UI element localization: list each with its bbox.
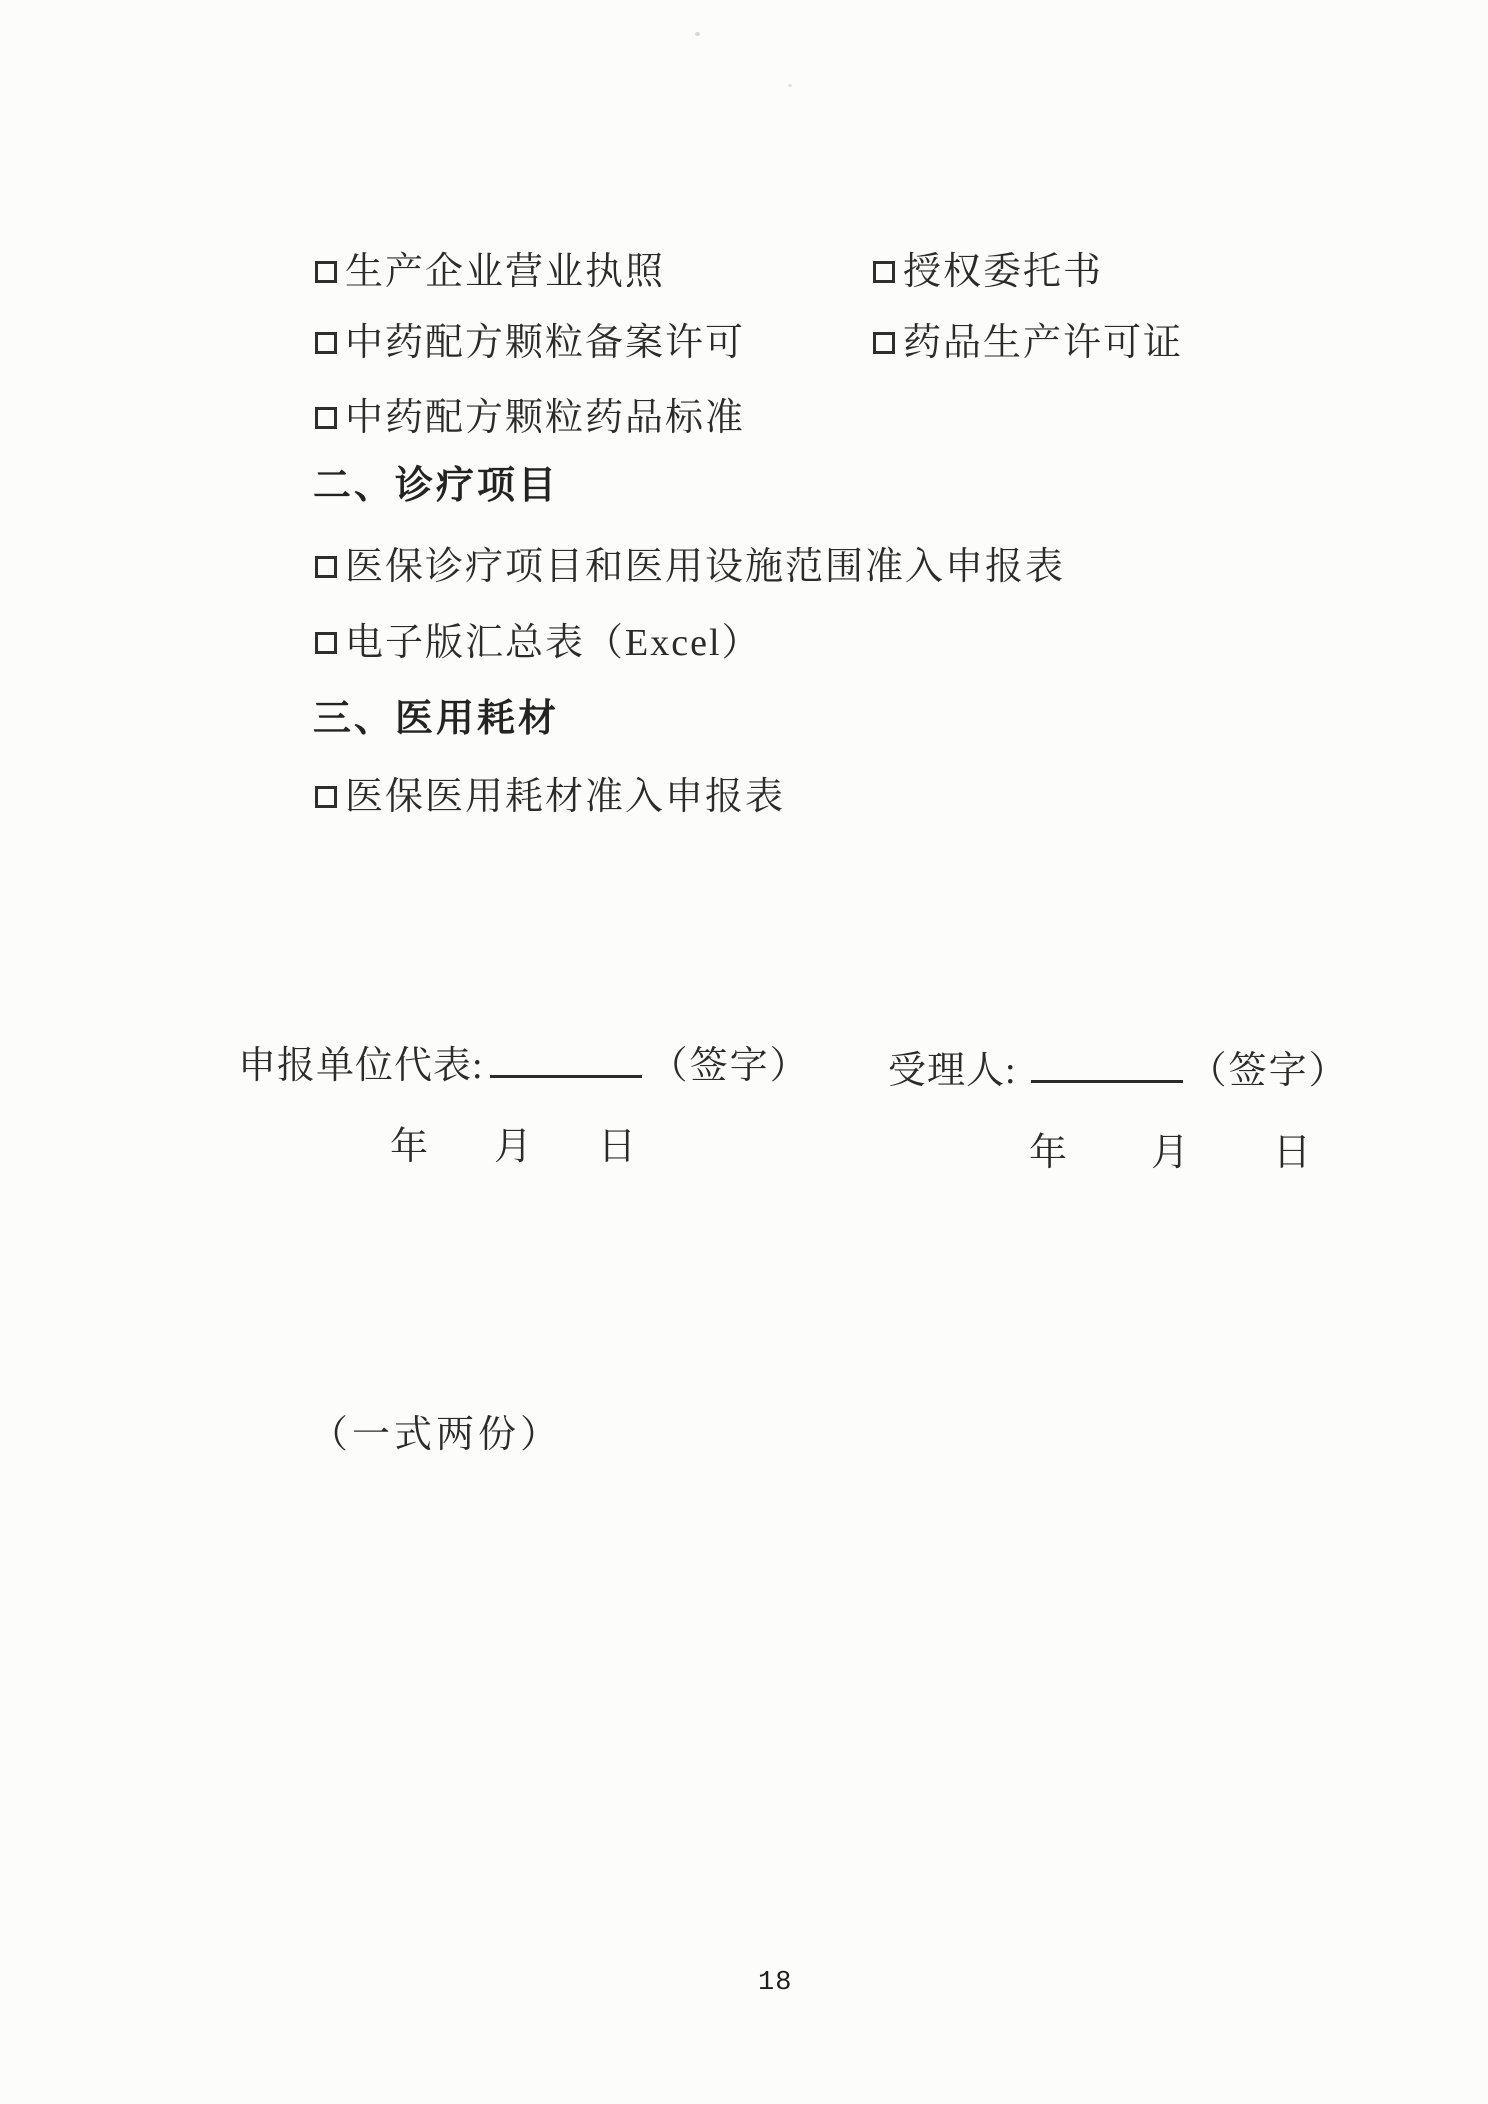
scan-artifact xyxy=(788,84,792,87)
checklist-row: 医保医用耗材准入申报表 xyxy=(315,774,785,820)
acceptor-signature-line xyxy=(1031,1050,1183,1083)
checklist-item-label: 医保医用耗材准入申报表 xyxy=(345,776,785,818)
year-label: 年 xyxy=(390,1124,428,1170)
checklist-row: 电子版汇总表（Excel） xyxy=(315,620,762,666)
scanned-document-page: 生产企业营业执照 授权委托书 中药配方颗粒备案许可 药品生产许可证 中药配方颗粒… xyxy=(0,0,1488,2104)
checklist-item-label: 中药配方颗粒药品标准 xyxy=(345,397,745,439)
month-label: 月 xyxy=(1151,1130,1189,1176)
checkbox-icon xyxy=(315,786,337,808)
checklist-row: 生产企业营业执照 xyxy=(315,249,665,295)
checkbox-icon xyxy=(315,332,337,354)
checklist-item-label: 授权委托书 xyxy=(903,251,1103,293)
checklist-item-label: 医保诊疗项目和医用设施范围准入申报表 xyxy=(345,546,1065,588)
checkbox-icon xyxy=(873,261,895,283)
acceptor-date-row: 年 月 日 xyxy=(1029,1130,1311,1176)
checkbox-icon xyxy=(873,332,895,354)
section3-heading: 三、医用耗材 xyxy=(313,696,559,742)
day-label: 日 xyxy=(598,1124,636,1170)
checklist-row: 药品生产许可证 xyxy=(873,320,1183,366)
month-label: 月 xyxy=(494,1124,532,1170)
checklist-row: 中药配方颗粒药品标准 xyxy=(315,395,745,441)
acceptor-label: 受理人: xyxy=(888,1050,1017,1092)
checkbox-icon xyxy=(315,407,337,429)
checkbox-icon xyxy=(315,261,337,283)
checklist-item-label: 中药配方颗粒备案许可 xyxy=(345,322,745,364)
checkbox-icon xyxy=(315,556,337,578)
year-label: 年 xyxy=(1029,1130,1067,1176)
page-number: 18 xyxy=(758,1968,792,1998)
checklist-row: 授权委托书 xyxy=(873,249,1103,295)
checklist-item-label: 生产企业营业执照 xyxy=(345,251,665,293)
checkbox-icon xyxy=(315,632,337,654)
sign-note: （签字） xyxy=(650,1045,810,1087)
sign-note: （签字） xyxy=(1189,1050,1349,1092)
section2-heading: 二、诊疗项目 xyxy=(313,463,559,509)
acceptor-signature-row: 受理人:（签字） xyxy=(888,1048,1349,1094)
checklist-item-label: 电子版汇总表（Excel） xyxy=(345,622,762,664)
checklist-row: 中药配方颗粒备案许可 xyxy=(315,320,745,366)
copies-note: （一式两份） xyxy=(310,1412,562,1458)
applicant-label: 申报单位代表: xyxy=(238,1045,484,1087)
applicant-date-row: 年 月 日 xyxy=(390,1124,636,1170)
scan-artifact xyxy=(695,32,700,36)
day-label: 日 xyxy=(1273,1130,1311,1176)
checklist-item-label: 药品生产许可证 xyxy=(903,322,1183,364)
applicant-signature-line xyxy=(490,1045,642,1078)
applicant-signature-row: 申报单位代表:（签字） xyxy=(238,1043,810,1089)
checklist-row: 医保诊疗项目和医用设施范围准入申报表 xyxy=(315,544,1065,590)
